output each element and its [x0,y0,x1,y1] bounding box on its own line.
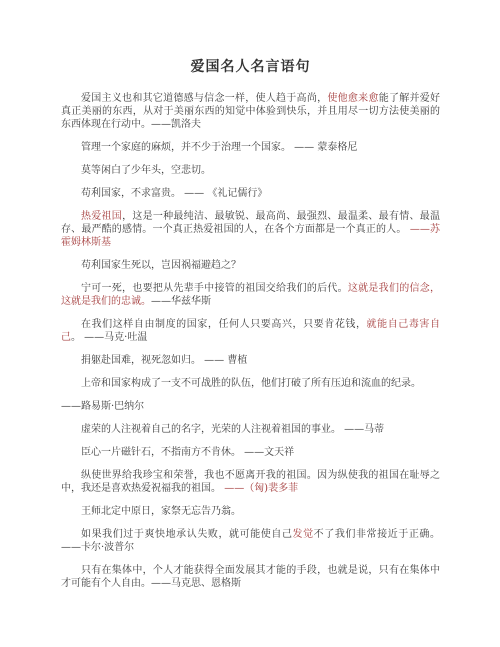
quote-text: 臣心一片磁针石，不指南方不肯休。 ——文天祥 [81,447,294,458]
quote-text: 如果我们过于爽快地承认失败，就可能使自己 [81,529,293,540]
quote-text: ——华兹华斯 [151,296,211,307]
quote-text: 苟利国家，不求富贵。 —— 《礼记儒行》 [81,188,267,199]
quote-paragraph: 王师北定中原日，家祭无忘告乃翁。 [61,505,440,518]
quote-paragraph: 苟利国家，不求富贵。 —— 《礼记儒行》 [61,187,440,200]
quote-paragraph: 臣心一片磁针石，不指南方不肯休。 ——文天祥 [61,446,440,459]
quote-text: 虚荣的人注视着自己的名字，光荣的人注视着祖国的事业。 ——马蒂 [81,424,384,435]
quote-text: 。 ——马克·吐温 [71,332,147,343]
highlighted-quote-text: 热爱祖国 [81,211,122,222]
document-page: 爱国名人名言语句 爱国主义也和其它道德感与信念一样，使人趋于高尚，使他愈来愈能了… [0,0,500,647]
quote-text: 捐躯赴国难，视死忽如归。 —— 曹植 [81,355,247,366]
highlighted-quote-text: ——（匈)裴多菲 [224,483,298,494]
quote-paragraph: 上帝和国家构成了一支不可战胜的队伍，他们打破了所有压迫和流血的纪录。 [61,377,440,390]
quote-paragraph: 如果我们过于爽快地承认失败，就可能使自己发觉不了我们非常接近于正确。 ——卡尔·… [61,528,440,554]
quote-paragraph: 捐躯赴国难，视死忽如归。 —— 曹植 [61,354,440,367]
page-title: 爱国名人名言语句 [61,56,440,76]
quote-text: 王师北定中原日，家祭无忘告乃翁。 [81,506,241,517]
quote-text: 管理一个家庭的麻烦，并不少于治理一个国家。 —— 蒙泰格尼 [81,142,357,153]
quote-paragraph: 管理一个家庭的麻烦，并不少于治理一个国家。 —— 蒙泰格尼 [61,141,440,154]
quote-paragraph: 爱国主义也和其它道德感与信念一样，使人趋于高尚，使他愈来愈能了解并爱好真正美丽的… [61,92,440,131]
highlighted-quote-text: 使他愈来愈 [327,93,378,104]
quote-text: 上帝和国家构成了一支不可战胜的队伍，他们打破了所有压迫和流血的纪录。 [81,378,421,389]
quote-text: ——路易斯·巴纳尔 [61,401,144,412]
quote-paragraph: 只有在集体中，个人才能获得全面发展其才能的手段，也就是说，只有在集体中才可能有个… [61,564,440,590]
quote-paragraph: 热爱祖国，这是一种最纯洁、最敏锐、最高尚、最强烈、最温柔、最有情、最温存、最严酷… [61,210,440,249]
quote-paragraph: 宁可一死，也要把从先辈手中接管的祖国交给我们的后代。这就是我们的信念，这就是我们… [61,282,440,308]
document-body: 爱国主义也和其它道德感与信念一样，使人趋于高尚，使他愈来愈能了解并爱好真正美丽的… [61,92,440,590]
highlighted-quote-text: 发觉 [293,529,314,540]
quote-paragraph: 莫等闲白了少年头，空悲切。 [61,164,440,177]
quote-text: 莫等闲白了少年头，空悲切。 [81,165,211,176]
quote-text: 宁可一死，也要把从先辈手中接管的祖国交给我们的后代。 [81,283,348,294]
quote-paragraph: 在我们这样自由制度的国家，任何人只要高兴，只要肯花钱，就能自己毒害自己。 ——马… [61,318,440,344]
quote-paragraph: 苟利国家生死以，岂因祸福避趋之？ [61,259,440,272]
quote-text: 爱国主义也和其它道德感与信念一样，使人趋于高尚， [81,93,327,104]
quote-text: 在我们这样自由制度的国家，任何人只要高兴，只要肯花钱， [81,319,367,330]
quote-text: 只有在集体中，个人才能获得全面发展其才能的手段，也就是说，只有在集体中才可能有个… [61,565,440,589]
quote-paragraph: ——路易斯·巴纳尔 [61,400,440,413]
quote-paragraph: 纵使世界给我珍宝和荣誉，我也不愿离开我的祖国。因为纵使我的祖国在耻辱之中，我还是… [61,469,440,495]
quote-paragraph: 虚荣的人注视着自己的名字，光荣的人注视着祖国的事业。 ——马蒂 [61,423,440,436]
quote-text: 苟利国家生死以，岂因祸福避趋之？ [81,260,241,271]
